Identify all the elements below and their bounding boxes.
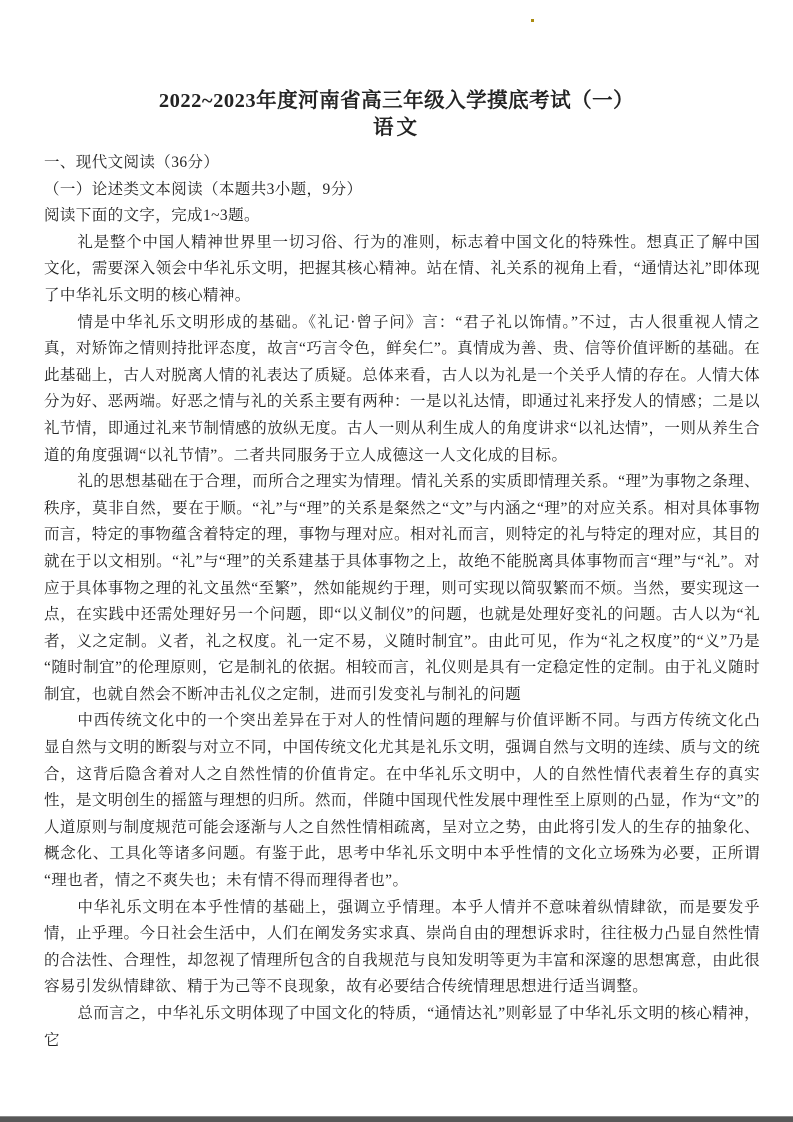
passage-paragraph-5: 中华礼乐文明在本乎性情的基础上，强调立乎情理。本乎人情并不意味着纵情肆欲，而是要… (44, 895, 760, 1001)
section-heading: 一、现代文阅读（36分） (44, 150, 760, 177)
page-bottom-edge (0, 1116, 793, 1122)
reading-instruction: 阅读下面的文字，完成1~3题。 (44, 203, 760, 230)
exam-title: 2022~2023年度河南省高三年级入学摸底考试（一） (0, 88, 793, 114)
reading-passage: 一、现代文阅读（36分） （一）论述类文本阅读（本题共3小题，9分） 阅读下面的… (44, 150, 760, 1054)
passage-paragraph-6: 总而言之，中华礼乐文明体现了中国文化的特质，“通情达礼”则彰显了中华礼乐文明的核… (44, 1001, 760, 1054)
subject-title: 语文 (0, 114, 793, 143)
paper-header: 2022~2023年度河南省高三年级入学摸底考试（一） 语文 (0, 0, 793, 143)
passage-paragraph-1: 礼是整个中国人精神世界里一切习俗、行为的准则，标志着中国文化的特殊性。想真正了解… (44, 230, 760, 310)
passage-paragraph-3: 礼的思想基础在于合理，而所合之理实为情理。情礼关系的实质即情理关系。“理”为事物… (44, 469, 760, 708)
passage-paragraph-4: 中西传统文化中的一个突出差异在于对人的性情问题的理解与价值评断不同。与西方传统文… (44, 708, 760, 894)
exam-paper-page: 2022~2023年度河南省高三年级入学摸底考试（一） 语文 一、现代文阅读（3… (0, 0, 793, 1122)
passage-paragraph-2: 情是中华礼乐文明形成的基础。《礼记·曾子问》言：“君子礼以饰情。”不过，古人很重… (44, 310, 760, 470)
scan-artifact-dot (531, 19, 534, 22)
subsection-heading: （一）论述类文本阅读（本题共3小题，9分） (44, 177, 760, 204)
